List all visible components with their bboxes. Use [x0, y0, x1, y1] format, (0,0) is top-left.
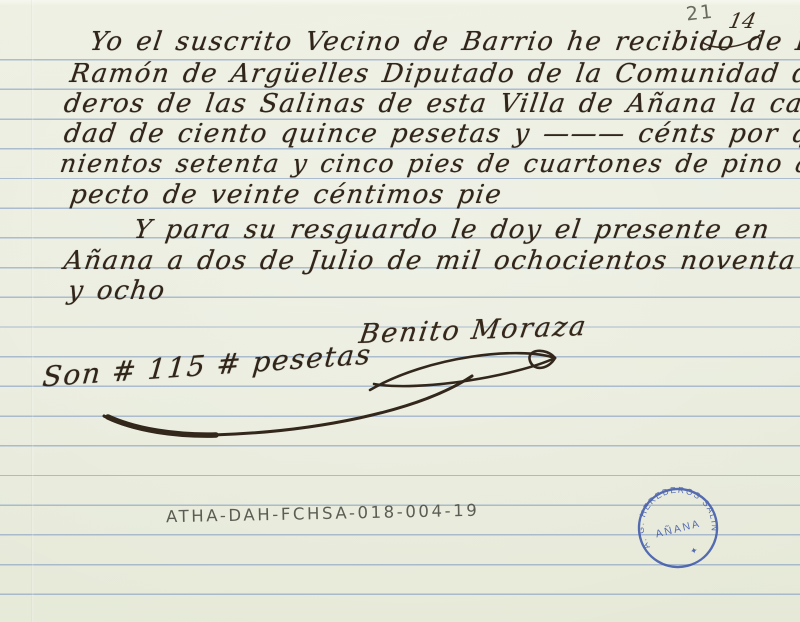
document-page: 21 14 Yo el suscrito Vecino de Barrio he… [0, 0, 800, 622]
manuscript-line: pecto de veinte céntimos pie [68, 180, 504, 210]
manuscript-line: nientos setenta y cinco pies de cuartone… [58, 149, 800, 179]
manuscript-line: y ocho [66, 276, 168, 306]
manuscript-line: Yo el suscrito Vecino de Barrio he recib… [88, 27, 800, 57]
stamp-ring-text: A. G. HEREDEROS SALINAS [626, 476, 722, 555]
stamp-center-text: AÑANA [654, 517, 702, 541]
paper-crease [31, 0, 34, 622]
archive-stamp: A. G. HEREDEROS SALINAS AÑANA ✦ [626, 476, 730, 580]
manuscript-line: Y para su resguardo le doy el presente e… [132, 215, 772, 245]
folio-number-pencil: 21 [685, 1, 715, 26]
manuscript-line: deros de las Salinas de esta Villa de Añ… [62, 89, 800, 119]
svg-text:A. G. HEREDEROS SALINAS: A. G. HEREDEROS SALINAS [626, 476, 722, 555]
stamp-graphic: A. G. HEREDEROS SALINAS AÑANA ✦ [626, 476, 730, 580]
manuscript-line: dad de ciento quince pesetas y ——— cénts… [62, 119, 800, 149]
paper-top-edge [0, 0, 800, 6]
stamp-star-icon: ✦ [689, 546, 699, 558]
manuscript-line: Ramón de Argüelles Diputado de la Comuni… [68, 59, 800, 89]
manuscript-line: Añana a dos de Julio de mil ochocientos … [62, 246, 798, 276]
